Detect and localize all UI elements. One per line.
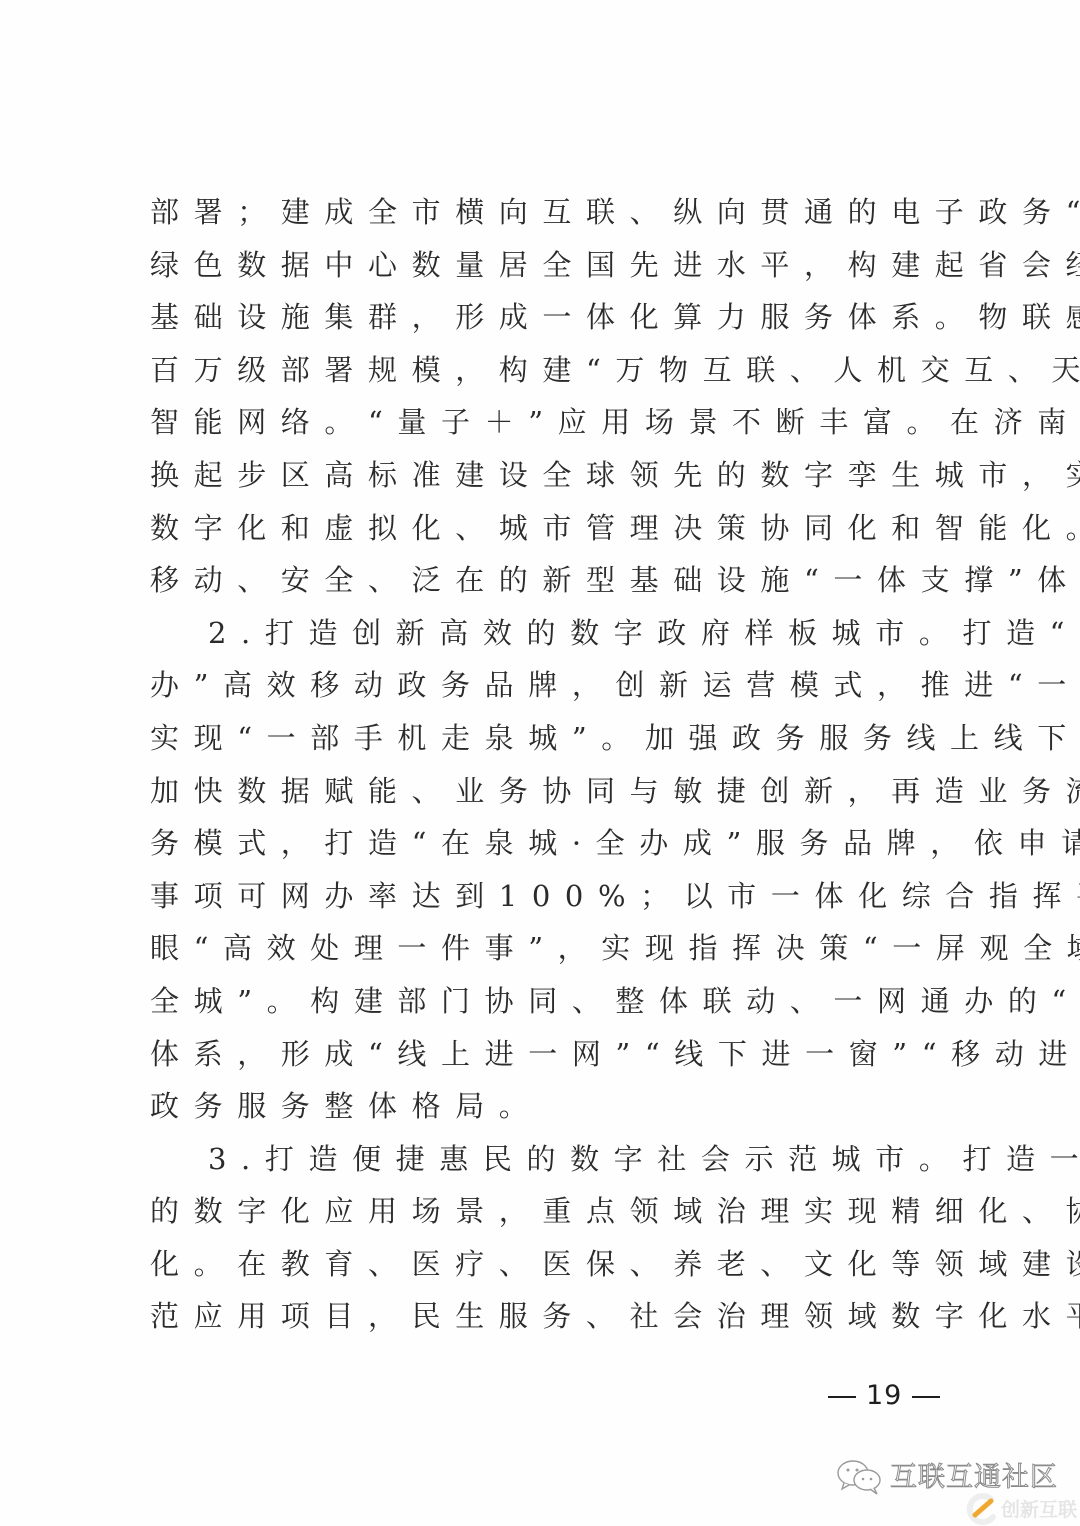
page-number-value: 19 <box>866 1380 902 1411</box>
text-line: 化。在教育、医疗、医保、养老、文化等领域建设一批全国示 <box>150 1238 950 1291</box>
brand-watermark: 创新互联 <box>965 1493 1080 1525</box>
text-line: 部署；建成全市横向互联、纵向贯通的电子政务“一张网”。 <box>150 186 950 239</box>
text-line: 政务服务整体格局。 <box>150 1080 950 1133</box>
document-body: 部署；建成全市横向互联、纵向贯通的电子政务“一张网”。 绿色数据中心数量居全国先… <box>150 186 950 1343</box>
document-page: 部署；建成全市横向互联、纵向贯通的电子政务“一张网”。 绿色数据中心数量居全国先… <box>0 0 1080 1526</box>
dash-left <box>828 1396 856 1398</box>
text-line: 加快数据赋能、业务协同与敏捷创新，再造业务流程，优化服 <box>150 765 950 818</box>
text-line: 换起步区高标准建设全球领先的数字孪生城市，实现城市要素 <box>150 449 950 502</box>
text-line: 的数字化应用场景，重点领域治理实现精细化、协同化、智能 <box>150 1185 950 1238</box>
text-line: 实现“一部手机走泉城”。加强政务服务线上线下融合互通， <box>150 712 950 765</box>
page-number: 19 <box>818 1380 950 1411</box>
text-line: 移动、安全、泛在的新型基础设施“一体支撑”体系。 <box>150 554 950 607</box>
watermark: 互联互通社区 创新互联 <box>835 1455 1080 1526</box>
text-line: 绿色数据中心数量居全国先进水平，构建起省会经济圈大数据 <box>150 239 950 292</box>
text-line: 眼“高效处理一件事”，实现指挥决策“一屏观全域、一网管 <box>150 922 950 975</box>
paragraph-3-heading-line: 3.打造便捷惠民的数字社会示范城市。打造一批具有引领性 <box>150 1133 950 1186</box>
watermark-account-name: 互联互通社区 <box>890 1455 1058 1494</box>
text-line: 数字化和虚拟化、城市管理决策协同化和智能化。建成高速、 <box>150 502 950 555</box>
brand-logo-icon <box>965 1493 999 1525</box>
text-line: 务模式，打造“在泉城·全办成”服务品牌，依申请政务服务 <box>150 817 950 870</box>
text-line: 事项可网办率达到100%；以市一体化综合指挥平台为载体，着 <box>150 870 950 923</box>
text-line: 全城”。构建部门协同、整体联动、一网通办的“一触即办” <box>150 975 950 1028</box>
text-line: 体系，形成“线上进一网”“线下进一窗”“移动进一端”的 <box>150 1028 950 1081</box>
paragraph-2-heading-line: 2.打造创新高效的数字政府样板城市。打造“爱山东·泉城 <box>150 607 950 660</box>
text-line: 办”高效移动政务品牌，创新运营模式，推进“一码通行”， <box>150 659 950 712</box>
text-line: 智能网络。“量子＋”应用场景不断丰富。在济南新旧动能转 <box>150 396 950 449</box>
text-line: 范应用项目，民生服务、社会治理领域数字化水平全国领先， <box>150 1290 950 1343</box>
brand-name: 创新互联 <box>1001 1495 1077 1522</box>
text-line: 百万级部署规模，构建“万物互联、人机交互、天地一体”的 <box>150 344 950 397</box>
dash-right <box>912 1396 940 1398</box>
wechat-icon <box>835 1458 885 1496</box>
text-line: 基础设施集群，形成一体化算力服务体系。物联感知设施达到 <box>150 291 950 344</box>
